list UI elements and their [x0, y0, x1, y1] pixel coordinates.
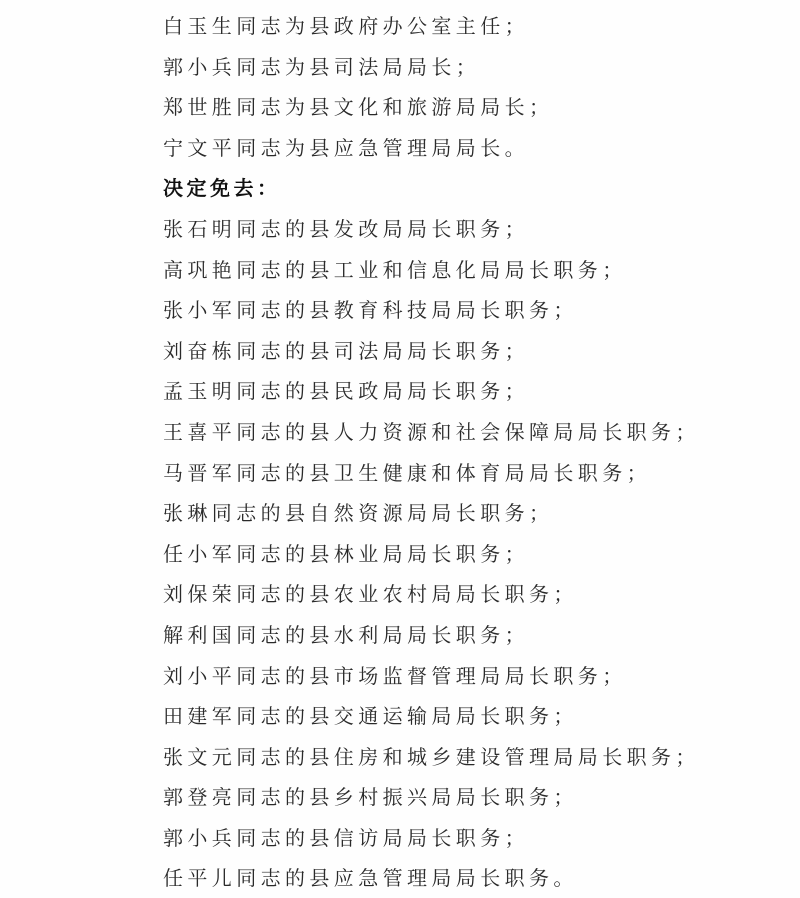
appointment-line: 郭小兵同志为县司法局局长；: [163, 49, 700, 90]
removal-line: 张石明同志的县发改局局长职务；: [163, 211, 700, 252]
removal-line: 王喜平同志的县人力资源和社会保障局局长职务；: [163, 414, 700, 455]
removal-line: 任平儿同志的县应急管理局局长职务。: [163, 860, 700, 898]
removal-line: 解利国同志的县水利局局长职务；: [163, 617, 700, 658]
removal-line: 高巩艳同志的县工业和信息化局局长职务；: [163, 252, 700, 293]
removal-line: 任小军同志的县林业局局长职务；: [163, 536, 700, 577]
removal-line: 张小军同志的县教育科技局局长职务；: [163, 292, 700, 333]
removal-line: 马晋军同志的县卫生健康和体育局局长职务；: [163, 455, 700, 496]
removal-line: 郭小兵同志的县信访局局长职务；: [163, 820, 700, 861]
document-body: 白玉生同志为县政府办公室主任； 郭小兵同志为县司法局局长； 郑世胜同志为县文化和…: [163, 8, 700, 898]
appointment-line: 郑世胜同志为县文化和旅游局局长；: [163, 89, 700, 130]
removal-line: 刘小平同志的县市场监督管理局局长职务；: [163, 658, 700, 699]
removal-line: 郭登亮同志的县乡村振兴局局长职务；: [163, 779, 700, 820]
removal-line: 张文元同志的县住房和城乡建设管理局局长职务；: [163, 739, 700, 780]
removal-line: 张琳同志的县自然资源局局长职务；: [163, 495, 700, 536]
removal-heading: 决定免去：: [163, 170, 700, 211]
appointment-line: 白玉生同志为县政府办公室主任；: [163, 8, 700, 49]
document-page: 白玉生同志为县政府办公室主任； 郭小兵同志为县司法局局长； 郑世胜同志为县文化和…: [0, 0, 800, 898]
appointment-line: 宁文平同志为县应急管理局局长。: [163, 130, 700, 171]
removal-line: 孟玉明同志的县民政局局长职务；: [163, 373, 700, 414]
removal-line: 刘保荣同志的县农业农村局局长职务；: [163, 576, 700, 617]
removal-line: 田建军同志的县交通运输局局长职务；: [163, 698, 700, 739]
removal-line: 刘奋栋同志的县司法局局长职务；: [163, 333, 700, 374]
